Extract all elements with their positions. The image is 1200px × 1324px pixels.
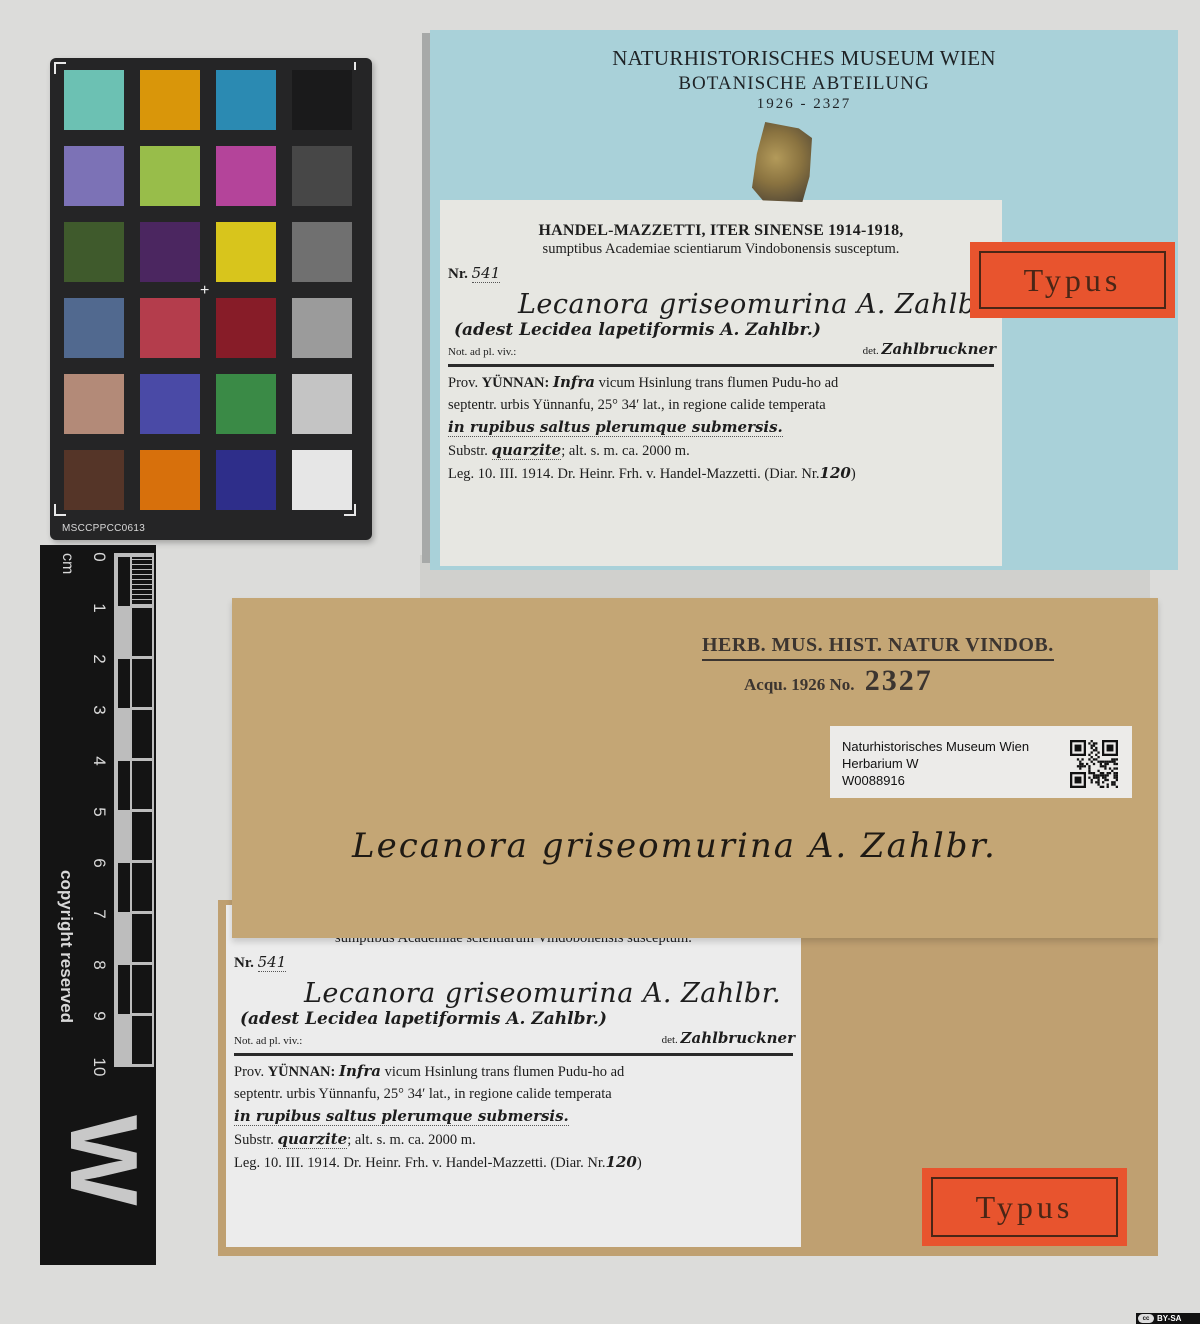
ruler-tick-label: 10: [89, 1056, 109, 1078]
accession-number: 1926 - 2327: [430, 96, 1178, 113]
packet-species-name: Lecanora griseomurina A. Zahlbr.: [352, 826, 997, 866]
notes-determiner-row: Not. ad pl. viv.: det. Zahlbruckner: [234, 1029, 801, 1047]
barcode-herbarium: Herbarium W: [842, 755, 1029, 772]
license-text: BY-SA: [1157, 1314, 1181, 1323]
ruler-tick-label: 7: [89, 903, 109, 925]
color-swatch: [140, 450, 200, 510]
notes-label: Not. ad pl. viv.:: [448, 346, 516, 358]
color-swatch: [64, 450, 124, 510]
label-subtitle: sumptibus Academiae scientiarum Vindobon…: [440, 241, 1002, 258]
color-swatch: [140, 222, 200, 282]
ruler-tick-label: 4: [89, 750, 109, 772]
color-swatch: [292, 70, 352, 130]
barcode-specimen-id: W0088916: [842, 772, 1029, 789]
color-swatch: [140, 374, 200, 434]
stamp-institution: HERB. MUS. HIST. NATUR VINDOB.: [702, 634, 1054, 661]
divider: [234, 1053, 793, 1056]
ruler-tick-label: 1: [89, 597, 109, 619]
color-swatch: [64, 298, 124, 358]
typus-label-top: Typus: [970, 242, 1175, 318]
stamp-acquisition: Acqu. 1926 No.: [744, 675, 855, 694]
color-swatch: [216, 222, 276, 282]
notes-determiner-row: Not. ad pl. viv.: det. Zahlbruckner: [448, 340, 1002, 358]
color-card-id: MSCCPPCC0613: [62, 523, 145, 534]
species-synonym: (adest Lecidea lapetiformis A. Zahlbr.): [240, 1009, 801, 1029]
specimen-label-top: HANDEL-MAZZETTI, ITER SINENSE 1914-1918,…: [440, 200, 1002, 566]
color-swatch: [140, 146, 200, 206]
ruler-unit-label: cm: [58, 553, 76, 574]
creative-commons-icon: cc: [1138, 1314, 1154, 1323]
color-swatch: [216, 374, 276, 434]
label-number: Nr. 541: [234, 953, 801, 972]
locality-block: Prov. YÜNNAN: Infra vicum Hsinlung trans…: [234, 1060, 793, 1174]
notes-label: Not. ad pl. viv.:: [234, 1035, 302, 1047]
herbarium-stamp: HERB. MUS. HIST. NATUR VINDOB. Acqu. 192…: [702, 634, 1054, 698]
divider: [448, 364, 994, 367]
corner-mark-icon: [344, 504, 356, 516]
ruler-tick-label: 9: [89, 1005, 109, 1027]
ruler-tick-label: 2: [89, 648, 109, 670]
province: YÜNNAN:: [268, 1064, 336, 1080]
determiner-name: Zahlbruckner: [882, 340, 996, 358]
museum-department: BOTANISCHE ABTEILUNG: [430, 73, 1178, 95]
label-number-value: 541: [472, 264, 501, 283]
typus-label-bottom: Typus: [922, 1168, 1127, 1246]
ruler-tick-label: 8: [89, 954, 109, 976]
substrate: quarzite: [492, 441, 562, 460]
color-swatch: [216, 146, 276, 206]
color-swatch: [140, 70, 200, 130]
specimen-label-bottom: HANDEL-MAZZETTI, ITER SINENSE 1914-1918,…: [226, 905, 801, 1247]
scale-ruler: cm 012345678910 copyright reserved W: [40, 545, 156, 1265]
museum-header: NATURHISTORISCHES MUSEUM WIEN BOTANISCHE…: [430, 46, 1178, 113]
crosshair-icon: +: [200, 283, 209, 299]
barcode-label: Naturhistorisches Museum Wien Herbarium …: [830, 726, 1132, 798]
museum-name: NATURHISTORISCHES MUSEUM WIEN: [430, 46, 1178, 71]
corner-mark-icon: [354, 62, 356, 70]
ruler-tick-label: 0: [89, 546, 109, 568]
diary-number: 120: [820, 464, 851, 482]
barcode-institution: Naturhistorisches Museum Wien: [842, 738, 1029, 755]
ruler-tick-label: 6: [89, 852, 109, 874]
habitat: in rupibus saltus plerumque submersis.: [448, 418, 783, 437]
label-number: Nr. 541: [448, 264, 1002, 283]
color-swatch: [292, 146, 352, 206]
label-title: HANDEL-MAZZETTI, ITER SINENSE 1914-1918,: [440, 222, 1002, 240]
locality-block: Prov. YÜNNAN: Infra vicum Hsinlung trans…: [448, 371, 994, 485]
color-swatch: [292, 374, 352, 434]
color-swatch: [140, 298, 200, 358]
species-name: Lecanora griseomurina A. Zahlbr.: [518, 289, 1002, 320]
color-swatch: [64, 222, 124, 282]
det-label: det.: [863, 345, 879, 357]
label-number-value: 541: [258, 953, 287, 972]
determiner-name: Zahlbruckner: [681, 1029, 795, 1047]
ruler-tick-label: 5: [89, 801, 109, 823]
substrate: quarzite: [278, 1130, 348, 1149]
color-checker-card: + MSCCPPCC0613: [50, 58, 372, 540]
color-swatch: [64, 146, 124, 206]
color-swatch: [64, 70, 124, 130]
corner-mark-icon: [54, 62, 66, 74]
stamp-number: 2327: [865, 664, 933, 697]
color-swatch: [216, 70, 276, 130]
qr-code-icon: [1070, 740, 1118, 788]
color-swatch: [292, 450, 352, 510]
color-swatch: [216, 450, 276, 510]
color-swatch: [292, 222, 352, 282]
diary-number: 120: [606, 1153, 637, 1171]
species-synonym: (adest Lecidea lapetiformis A. Zahlbr.): [454, 320, 1002, 340]
corner-mark-icon: [54, 504, 66, 516]
det-label: det.: [662, 1034, 678, 1046]
color-swatch: [292, 298, 352, 358]
species-name: Lecanora griseomurina A. Zahlbr.: [304, 978, 801, 1009]
habitat: in rupibus saltus plerumque submersis.: [234, 1107, 569, 1126]
color-swatch: [64, 374, 124, 434]
ruler-tick-label: 3: [89, 699, 109, 721]
color-swatch: [216, 298, 276, 358]
license-badge[interactable]: cc BY-SA: [1136, 1313, 1200, 1324]
province: YÜNNAN:: [482, 375, 550, 391]
herbarium-logo: W: [58, 1115, 148, 1205]
copyright-text: copyright reserved: [56, 870, 76, 1023]
